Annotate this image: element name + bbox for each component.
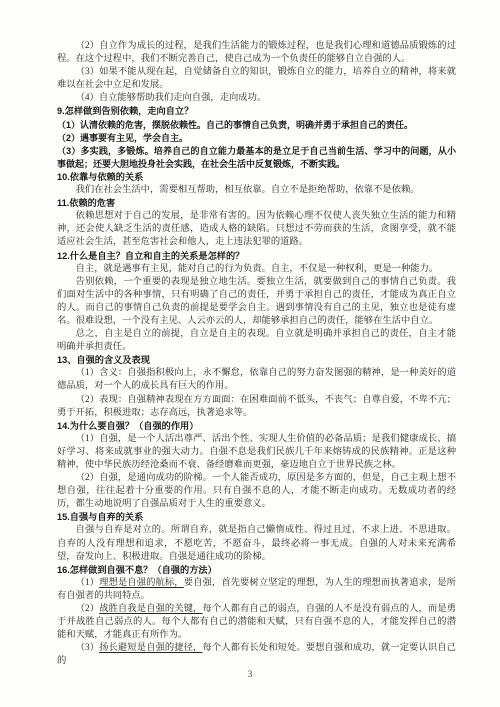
section-heading: 12.什么是自主？自立和自主的关系是怎样的？ — [57, 250, 456, 263]
underlined-paragraph: （1）理想是自强的航标，要自强，首先要树立坚定的理想，为人生的理想而执著追求，是… — [57, 577, 456, 603]
page-number: 3 — [0, 669, 500, 679]
document-page: （2）自立作为成长的过程，是我们生活能力的锻炼过程，也是我们心理和道德品质锻炼的… — [0, 0, 500, 707]
section-heading: 13、自强的含义及表现 — [57, 354, 456, 367]
document-content: （2）自立作为成长的过程，是我们生活能力的锻炼过程，也是我们心理和道德品质锻炼的… — [57, 40, 456, 669]
section-heading: 14.为什么要自强？（自强的作用） — [57, 420, 456, 433]
underlined-key-phrase: 扬长避短是自强的捷径， — [99, 643, 202, 653]
bold-paragraph: （3）多实践，多锻炼。培养自己的自立能力最基本的是立足于自己当前生活、学习中的问… — [57, 145, 456, 171]
paragraph: （2）自强，是通向成功的阶梯。一个人能否成功，原因是多方面的，但是，自己主观上想… — [57, 472, 456, 511]
item-number: （3） — [76, 643, 100, 653]
paragraph: 告别依赖，一个重要的表现是独立地生活。要独立生活，就要做到自己的事情自己负责。我… — [57, 276, 456, 328]
underlined-paragraph: （3）扬长避短是自强的捷径，每个人都有长处和短处。要想自强和成功，就一定要认识自… — [57, 642, 456, 668]
section-heading: 9.怎样做到告别依赖，走向自立？ — [57, 105, 456, 118]
bold-paragraph: （1）认清依赖的危害，摆脱依赖性。自己的事情自己负责，明确并勇于承担自己的责任。 — [57, 119, 456, 132]
paragraph: 依赖思想对于自己的发展，是非常有害的。因为依赖心理不仅使人丧失独立生活的能力和精… — [57, 210, 456, 249]
section-heading: 16.怎样做到自强不息？（自强的方法） — [57, 564, 456, 577]
section-heading: 10.依靠与依赖的关系 — [57, 171, 456, 184]
paragraph: （2）自立作为成长的过程，是我们生活能力的锻炼过程，也是我们心理和道德品质锻炼的… — [57, 40, 456, 66]
paragraph: （4）自立能够帮助我们走向自强，走向成功。 — [57, 92, 456, 105]
section-heading: 15.自强与自弃的关系 — [57, 511, 456, 524]
section-heading: 11.依赖的危害 — [57, 197, 456, 210]
underlined-key-phrase: 理想是自强的航标， — [99, 578, 184, 588]
paragraph: （1）自强，是一个人活出尊严、活出个性、实现人生价值的必备品质；是我们健康成长、… — [57, 433, 456, 472]
paragraph: （3）如果不能从现在起，自觉储备自立的知识，锻炼自立的能力，培养自立的精神，将来… — [57, 66, 456, 92]
underlined-paragraph: （2）战胜自我是自强的关键，每个人都有自己的弱点，自强的人不是没有弱点的人，而是… — [57, 603, 456, 642]
paragraph: 我们在社会生活中，需要相互帮助，相互依靠。自立不是拒绝帮助，依靠不是依赖。 — [57, 184, 456, 197]
paragraph: 自强与自弃是对立的。所谓自弃，就是指自己懒惰成性、得过且过、不求上进、不思进取。… — [57, 524, 456, 563]
paragraph: （1）含义：自强指积极向上，永不懈怠，依靠自己的努力奋发图强的精神，是一种美好的… — [57, 367, 456, 393]
item-number: （1） — [76, 578, 100, 588]
bold-paragraph: （2）遇事要有主见，学会自主。 — [57, 132, 456, 145]
paragraph: 自主，就是遇事有主见，能对自己的行为负责。自主，不仅是一种权利，更是一种能力。 — [57, 263, 456, 276]
paragraph: 总之，自主是自立的前提，自立是自主的表现。自立就是明确并承担自己的责任，自主才能… — [57, 328, 456, 354]
item-number: （2） — [76, 604, 100, 614]
underlined-key-phrase: 战胜自我是自强的关键， — [99, 604, 202, 614]
paragraph: （2）表现：自强精神表现在方方面面：在困难面前不低头，不丧气；自尊自爱，不卑不亢… — [57, 394, 456, 420]
